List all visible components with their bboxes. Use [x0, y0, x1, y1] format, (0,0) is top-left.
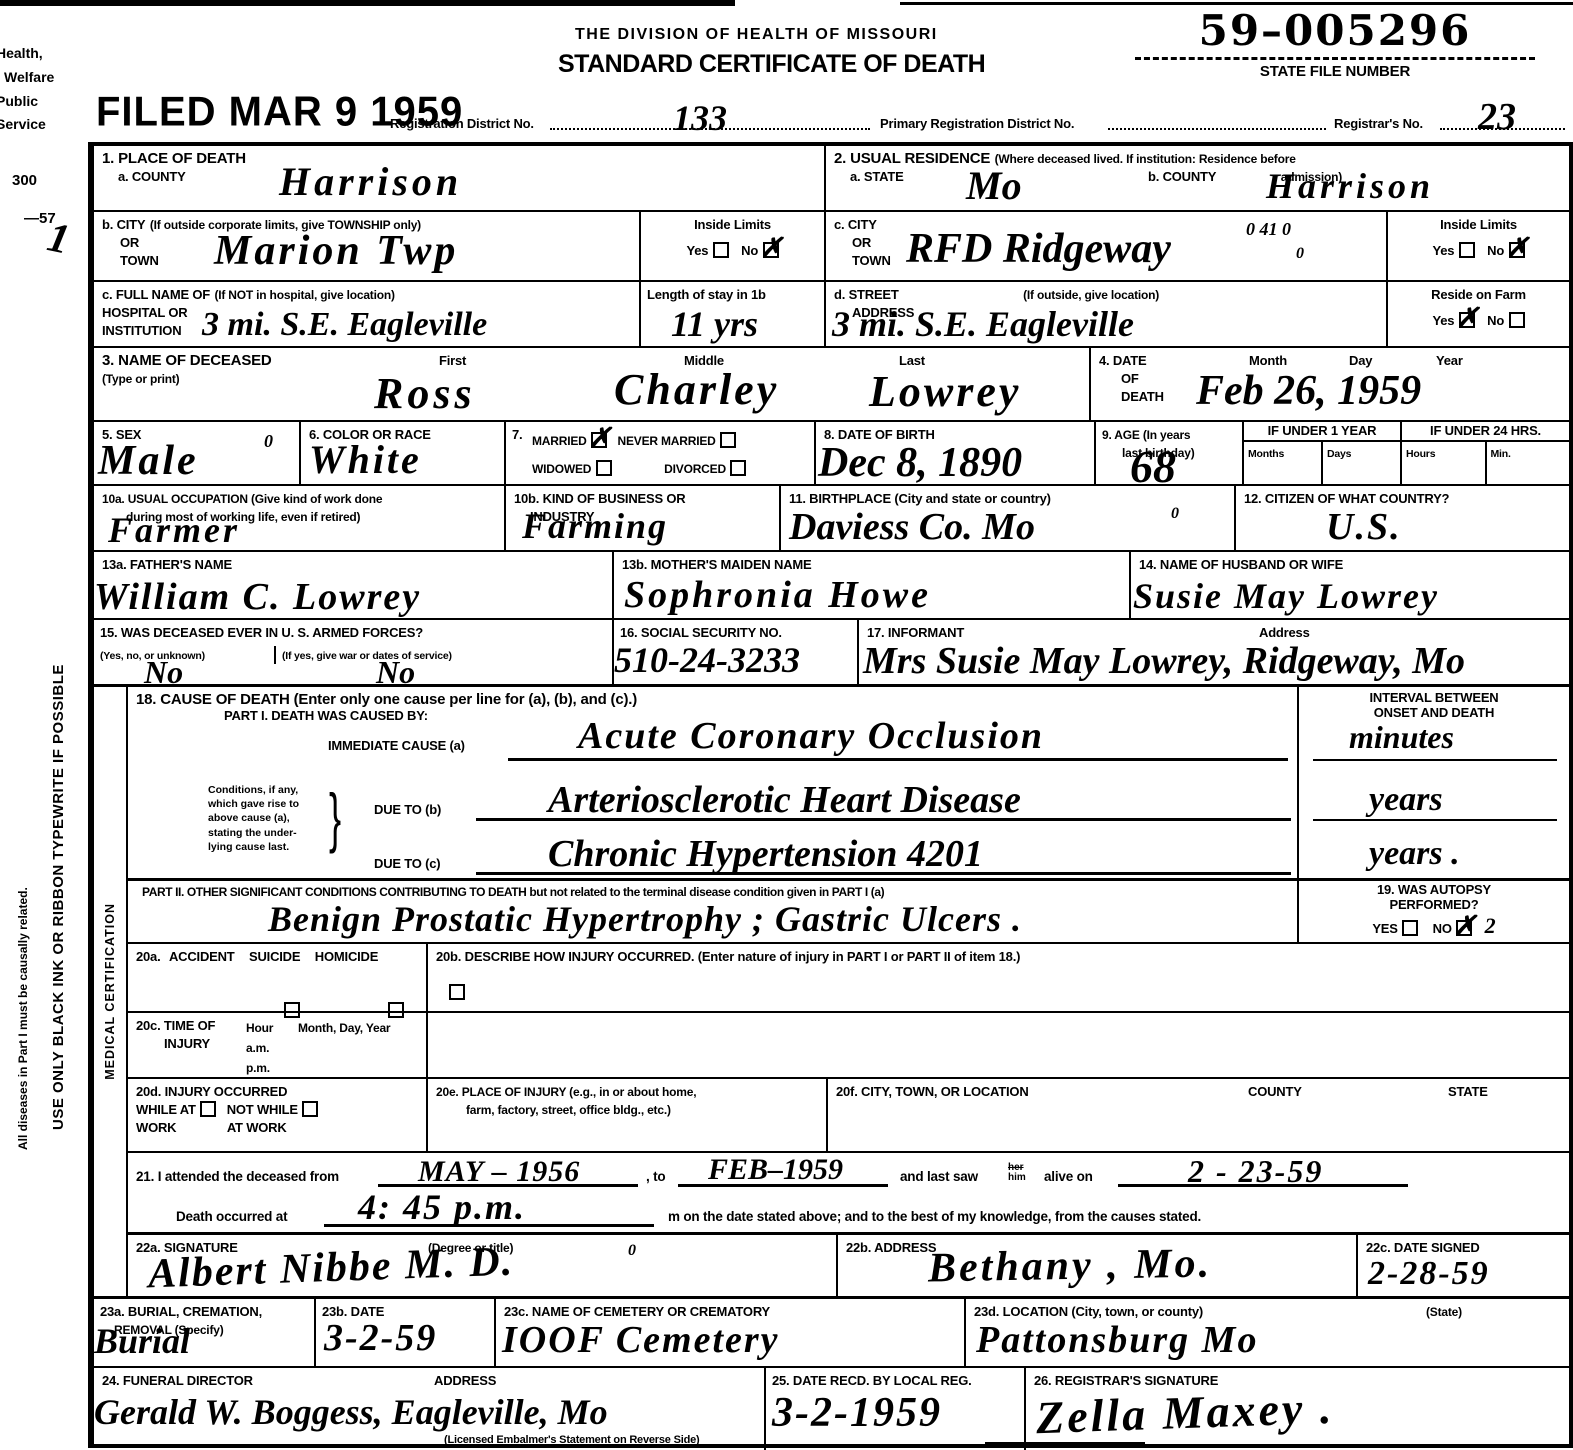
- month-label: Month: [1249, 354, 1287, 369]
- him-label: him: [1008, 1173, 1026, 1184]
- armed-forces-note-2: (If yes, give war or dates of service): [282, 650, 452, 662]
- husband-wife-label: 14. NAME OF HUSBAND OR WIFE: [1139, 557, 1343, 572]
- place-of-injury-label-1: 20e. PLACE OF INJURY (e.g., in or about …: [436, 1085, 696, 1099]
- informant-label: 17. INFORMANT: [867, 625, 964, 640]
- certificate-form: 1. PLACE OF DEATH a. COUNTY Harrison b. …: [88, 142, 1573, 1448]
- county-value: Harrison: [279, 162, 462, 202]
- days-label: Days: [1327, 448, 1351, 460]
- part1-label: PART I. DEATH WAS CAUSED BY:: [224, 709, 428, 724]
- farm-no-label: No: [1487, 313, 1504, 328]
- state-file-number-label: STATE FILE NUMBER: [1260, 63, 1410, 80]
- autopsy-no-checkbox[interactable]: ✗: [1456, 920, 1472, 936]
- date-of-death-label-2: OF: [1121, 371, 1139, 386]
- business-label-1: 10b. KIND OF BUSINESS OR: [514, 491, 685, 506]
- injury-occurred-label: 20d. INJURY OCCURRED: [136, 1084, 287, 1099]
- injury-county-label: COUNTY: [1248, 1085, 1302, 1100]
- interval-c-value: years .: [1369, 837, 1460, 871]
- primary-district-label: Primary Registration District No.: [880, 117, 1074, 132]
- min-label: Min.: [1491, 448, 1511, 460]
- age-label-1: 9. AGE (In years: [1102, 428, 1190, 442]
- divorced-checkbox[interactable]: [730, 460, 746, 476]
- first-name-value: Ross: [374, 372, 476, 416]
- her-him-stack: her him: [1008, 1163, 1026, 1184]
- homicide-label: HOMICIDE: [315, 949, 378, 964]
- date-received-label: 25. DATE RECD. BY LOCAL REG.: [772, 1373, 972, 1388]
- autopsy-label-2: PERFORMED?: [1299, 898, 1569, 913]
- city-town: TOWN: [120, 253, 159, 268]
- embalmer-note: (Licensed Embalmer's Statement on Revers…: [444, 1434, 699, 1446]
- cause-c-value: Chronic Hypertension 4201: [548, 835, 983, 873]
- cemetery-location-value: Pattonsburg Mo: [976, 1321, 1258, 1359]
- birthplace-code: 0: [1171, 506, 1179, 522]
- death-time-value: 4: 45 p.m.: [358, 1189, 526, 1225]
- autopsy-code: 2: [1485, 913, 1496, 938]
- accident-label: ACCIDENT: [169, 949, 235, 964]
- reg-district-label: Registration District No.: [390, 117, 534, 132]
- funeral-director-label: 24. FUNERAL DIRECTOR: [102, 1373, 253, 1388]
- death-occurred-label: Death occurred at: [176, 1209, 287, 1225]
- residence-inside-limits-label: Inside Limits: [1440, 217, 1517, 232]
- residence-city-label: c. CITY: [834, 217, 877, 232]
- interval-a-value: minutes: [1349, 721, 1454, 753]
- color-race-value: White: [309, 440, 422, 480]
- last-saw-value: 2 - 23-59: [1188, 1155, 1323, 1187]
- informant-address-label: Address: [1259, 626, 1310, 641]
- date-of-death-value: Feb 26, 1959: [1196, 370, 1421, 412]
- registration-row: FILED MAR 9 1959 Registration District N…: [88, 88, 1573, 142]
- never-married-checkbox[interactable]: [720, 432, 736, 448]
- if-under-24-hrs-label: IF UNDER 24 HRS.: [1430, 423, 1541, 438]
- autopsy-yes-checkbox[interactable]: [1402, 920, 1418, 936]
- while-at-work-checkbox[interactable]: [200, 1101, 216, 1117]
- certificate-title: STANDARD CERTIFICATE OF DEATH: [558, 50, 985, 79]
- part2-value: Benign Prostatic Hypertrophy ; Gastric U…: [268, 901, 1022, 937]
- city-or: OR: [120, 235, 139, 250]
- reside-on-farm-label: Reside on Farm: [1431, 287, 1526, 302]
- hospital-label-2: HOSPITAL OR: [102, 305, 187, 320]
- not-while-at-work-checkbox[interactable]: [302, 1101, 318, 1117]
- citizen-label: 12. CITIZEN OF WHAT COUNTRY?: [1244, 491, 1449, 506]
- burial-value: Burial: [94, 1323, 190, 1359]
- left-margin: Health, Welfare Public Service 300 —57 1…: [0, 0, 88, 1450]
- physician-address-label: 22b. ADDRESS: [846, 1240, 936, 1255]
- residence-state-value: Mo: [966, 166, 1022, 206]
- check-mark: ✗: [1507, 235, 1529, 261]
- ssn-value: 510-24-3233: [614, 642, 800, 678]
- death-statement-label: m on the date stated above; and to the b…: [668, 1209, 1201, 1225]
- street-value: 3 mi. S.E. Eagleville: [832, 306, 1134, 342]
- street-note: (If outside, give location): [1023, 288, 1159, 302]
- conditions-note: Conditions, if any, which gave rise to a…: [208, 783, 299, 854]
- check-mark: ✗: [589, 425, 611, 451]
- mothers-maiden-name-value: Sophronia Howe: [624, 576, 931, 614]
- check-mark: ✗: [1457, 305, 1479, 331]
- last-saw-label-2: alive on: [1044, 1169, 1093, 1185]
- signature-code: 0: [628, 1243, 636, 1259]
- last-name-value: Lowrey: [869, 370, 1021, 414]
- state-file-number: 59–005296: [1135, 6, 1535, 55]
- accident-row-num: 20a.: [136, 949, 161, 964]
- name-of-deceased-title: 3. NAME OF DECEASED: [102, 352, 272, 369]
- burial-date-value: 3-2-59: [324, 1319, 437, 1357]
- widowed-checkbox[interactable]: [596, 460, 612, 476]
- inside-limits-no-checkbox[interactable]: ✗: [763, 242, 779, 258]
- middle-name-value: Charley: [614, 368, 779, 412]
- interval-label-1: INTERVAL BETWEEN: [1299, 691, 1569, 706]
- describe-injury-label: 20b. DESCRIBE HOW INJURY OCCURRED. (Ente…: [436, 949, 1020, 964]
- division-title: THE DIVISION OF HEALTH OF MISSOURI: [575, 26, 938, 44]
- date-received-value: 3-2-1959: [772, 1392, 942, 1434]
- divorced-label: DIVORCED: [664, 462, 726, 476]
- primary-district-field[interactable]: [1108, 128, 1326, 130]
- hospital-note: (If NOT in hospital, give location): [214, 288, 394, 302]
- sex-code: 0: [264, 432, 273, 450]
- birthplace-label: 11. BIRTHPLACE (City and state or countr…: [789, 491, 1051, 506]
- residence-county-label: b. COUNTY: [1148, 169, 1216, 184]
- business-value: Farming: [522, 508, 668, 544]
- agency-line: Service: [0, 113, 54, 137]
- while-at-label: WHILE AT: [136, 1102, 196, 1117]
- time-of-injury-label-2: INJURY: [164, 1036, 210, 1051]
- injury-city-label: 20f. CITY, TOWN, OR LOCATION: [836, 1084, 1029, 1099]
- residence-city-code: 0 41 0: [1246, 220, 1291, 238]
- residence-city-town: TOWN: [852, 253, 891, 268]
- at-work-label: AT WORK: [227, 1120, 287, 1135]
- inside-limits-label: Inside Limits: [694, 217, 771, 232]
- days-cell[interactable]: Days: [1321, 442, 1400, 484]
- registrar-signature-label: 26. REGISTRAR'S SIGNATURE: [1034, 1373, 1218, 1388]
- check-mark: ✗: [761, 235, 783, 261]
- hours-cell[interactable]: Hours: [1402, 442, 1485, 484]
- inside-limits-yes-label: Yes: [686, 243, 708, 258]
- cemetery-location-label: 23d. LOCATION (City, town, or county): [974, 1304, 1203, 1319]
- burial-label-1: 23a. BURIAL, CREMATION,: [100, 1304, 262, 1319]
- fathers-name-value: William C. Lowrey: [94, 578, 421, 616]
- injury-location-cell[interactable]: 20f. CITY, TOWN, OR LOCATION COUNTY STAT…: [826, 1079, 1569, 1151]
- married-checkbox[interactable]: ✗: [591, 432, 607, 448]
- informant-value: Mrs Susie May Lowrey, Ridgeway, Mo: [863, 642, 1465, 680]
- funeral-director-address-label: ADDRESS: [434, 1374, 496, 1389]
- time-of-injury-cell[interactable]: [426, 1013, 1569, 1077]
- autopsy-label-1: 19. WAS AUTOPSY: [1299, 883, 1569, 898]
- cemetery-label: 23c. NAME OF CEMETERY OR CREMATORY: [504, 1304, 770, 1319]
- hours-label: Hours: [1406, 448, 1435, 460]
- injury-state-label: STATE: [1448, 1085, 1488, 1100]
- physician-signature: Albert Nibbe M. D.: [147, 1241, 514, 1296]
- funeral-director-value: Gerald W. Boggess, Eagleville, Mo: [94, 1394, 608, 1430]
- cemetery-state-label: (State): [1426, 1305, 1462, 1319]
- due-to-b-label: DUE TO (b): [374, 803, 441, 818]
- day-label: Day: [1349, 354, 1372, 369]
- length-of-stay-label: Length of stay in 1b: [647, 287, 766, 302]
- check-mark: ✗: [1454, 913, 1476, 939]
- fathers-name-label: 13a. FATHER'S NAME: [102, 557, 232, 572]
- residence-city-code-2: 0: [1296, 246, 1304, 262]
- hospital-value: 3 mi. S.E. Eagleville: [202, 308, 487, 342]
- ssn-label: 16. SOCIAL SECURITY NO.: [620, 625, 782, 640]
- physician-address-value: Bethany , Mo.: [928, 1243, 1213, 1290]
- hospital-label-1: c. FULL NAME OF: [102, 287, 210, 302]
- hour-label: Hour: [246, 1021, 273, 1035]
- part2-label: PART II. OTHER SIGNIFICANT CONDITIONS CO…: [142, 885, 884, 899]
- married-label: MARRIED: [532, 434, 587, 448]
- residence-inside-yes-label: Yes: [1432, 243, 1454, 258]
- medical-certification-label: MEDICAL CERTIFICATION: [103, 903, 117, 1080]
- occupation-value: Farmer: [108, 512, 240, 548]
- date-of-death-label-3: DEATH: [1121, 389, 1164, 404]
- inside-limits-yes-checkbox[interactable]: [713, 242, 729, 258]
- sex-value: Male: [98, 440, 199, 482]
- city-label: b. CITY: [102, 217, 145, 232]
- autopsy-yes-label: YES: [1372, 921, 1397, 936]
- marital-label: 7.: [512, 427, 522, 442]
- registrar-no-value: 23: [1478, 98, 1516, 136]
- residence-state-label: a. STATE: [850, 169, 904, 184]
- farm-yes-label: Yes: [1432, 313, 1454, 328]
- attended-to-value: FEB–1959: [708, 1155, 843, 1185]
- year-label: Year: [1436, 354, 1463, 369]
- husband-wife-value: Susie May Lowrey: [1133, 578, 1439, 614]
- last-saw-label-1: and last saw: [900, 1169, 978, 1185]
- city-value: Marion Twp: [214, 230, 458, 272]
- due-to-c-label: DUE TO (c): [374, 857, 440, 872]
- hospital-label-3: INSTITUTION: [102, 323, 181, 338]
- birthplace-value: Daviess Co. Mo: [789, 508, 1035, 546]
- street-label-1: d. STREET: [834, 287, 899, 302]
- farm-yes-checkbox[interactable]: ✗: [1459, 312, 1475, 328]
- suicide-label: SUICIDE: [249, 949, 300, 964]
- inside-limits-no-label: No: [741, 243, 758, 258]
- residence-city-or: OR: [852, 235, 871, 250]
- interval-b-value: years: [1369, 783, 1443, 817]
- min-cell[interactable]: Min.: [1485, 442, 1570, 484]
- residence-city-value: RFD Ridgeway: [906, 228, 1171, 270]
- citizen-value: U.S.: [1326, 508, 1402, 546]
- date-signed-value: 2-28-59: [1368, 1257, 1490, 1291]
- never-married-label: NEVER MARRIED: [618, 434, 716, 448]
- county-label: a. COUNTY: [118, 169, 186, 184]
- date-signed-label: 22c. DATE SIGNED: [1366, 1240, 1480, 1255]
- date-of-birth-value: Dec 8, 1890: [818, 442, 1022, 484]
- farm-no-checkbox[interactable]: [1509, 312, 1525, 328]
- reg-district-value: 133: [673, 100, 727, 136]
- widowed-label: WIDOWED: [532, 462, 591, 476]
- interval-b-line: [1313, 819, 1557, 821]
- injury-description-cell[interactable]: 20b. DESCRIBE HOW INJURY OCCURRED. (Ente…: [426, 944, 1569, 1012]
- if-under-1-year-label: IF UNDER 1 YEAR: [1268, 423, 1377, 438]
- mothers-maiden-name-label: 13b. MOTHER'S MAIDEN NAME: [622, 557, 812, 572]
- immediate-cause-label: IMMEDIATE CAUSE (a): [328, 739, 465, 754]
- am-label: a.m.: [246, 1041, 269, 1055]
- occupation-label-1: 10a. USUAL OCCUPATION (Give kind of work…: [102, 492, 382, 506]
- conditions-brace: }: [329, 779, 341, 855]
- place-of-death-title: 1. PLACE OF DEATH: [102, 150, 246, 167]
- armed-forces-label: 15. WAS DECEASED EVER IN U. S. ARMED FOR…: [100, 625, 423, 640]
- residence-inside-yes-checkbox[interactable]: [1459, 242, 1475, 258]
- note-black-ink: USE ONLY BLACK INK OR RIBBON TYPEWRITE I…: [50, 490, 67, 1130]
- date-of-death-label-1: 4. DATE: [1099, 353, 1146, 368]
- months-label: Months: [1248, 448, 1284, 460]
- header: THE DIVISION OF HEALTH OF MISSOURI STAND…: [0, 0, 1573, 88]
- death-certificate-page: Health, Welfare Public Service 300 —57 1…: [0, 0, 1573, 1450]
- registrar-no-label: Registrar's No.: [1334, 117, 1423, 132]
- cemetery-value: IOOF Cemetery: [502, 1321, 780, 1359]
- time-of-injury-label-1: 20c. TIME OF: [136, 1018, 215, 1033]
- residence-inside-no-label: No: [1487, 243, 1504, 258]
- work-label: WORK: [136, 1120, 176, 1135]
- not-while-label: NOT WHILE: [227, 1102, 298, 1117]
- autopsy-no-label: NO: [1433, 921, 1452, 936]
- registrar-signature-value: Zella Maxey .: [1035, 1385, 1335, 1441]
- residence-county-value: Harrison: [1266, 168, 1434, 204]
- type-or-print-note: (Type or print): [102, 372, 179, 386]
- usual-residence-note: (Where deceased lived. If institution: R…: [995, 152, 1296, 166]
- note-diseases: All diseases in Part I must be causally …: [16, 630, 30, 1150]
- length-of-stay-value: 11 yrs: [671, 306, 758, 342]
- place-of-injury-label-2: farm, factory, street, office bldg., etc…: [466, 1103, 671, 1117]
- agency-line: Public: [0, 90, 54, 114]
- months-cell[interactable]: Months: [1244, 442, 1321, 484]
- form-number: 300: [12, 172, 37, 189]
- first-label: First: [439, 354, 466, 369]
- interval-a-line: [1313, 759, 1557, 761]
- month-day-year-label: Month, Day, Year: [298, 1021, 390, 1035]
- attended-pre-label: 21. I attended the deceased from: [136, 1169, 339, 1185]
- pm-label: p.m.: [246, 1061, 270, 1075]
- residence-inside-no-checkbox[interactable]: ✗: [1509, 242, 1525, 258]
